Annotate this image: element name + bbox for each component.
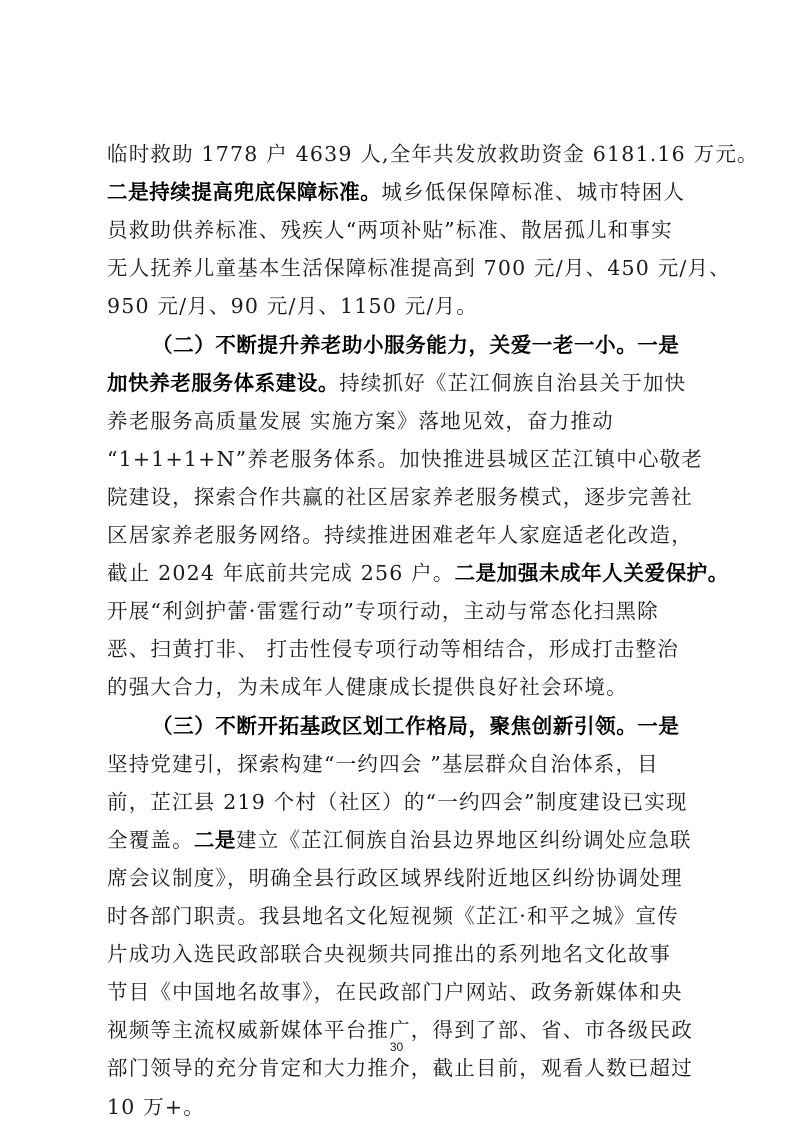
text-line: 前，芷江县 219 个村（社区）的“一约四会”制度建设已实现: [107, 790, 687, 814]
document-page: 临时救助 1778 户 4639 人,全年共发放救助资金 6181.16 万元。…: [0, 0, 793, 1122]
text-line: 坚持党建引，探索构建“一约四会 ”基层群众自治体系，目: [107, 752, 687, 776]
body-text-segment: 恶、扫黄打非、 打击性侵专项行动等相结合，形成打击整治: [107, 637, 679, 661]
body-text-segment: 无人抚养儿童基本生活保障标准提高到 700 元/月、450 元/月、: [107, 256, 731, 280]
body-text-segment: 区居家养老服务网络。持续推进困难老年人家庭适老化改造，: [107, 523, 693, 547]
body-text-segment: 节目《中国地名故事》，在民政部门户网站、政务新媒体和央: [107, 980, 683, 1004]
body-text-segment: 开展“利剑护蕾·雷霆行动”专项行动，主动与常态化扫黑除: [107, 599, 659, 623]
text-line: 恶、扫黄打非、 打击性侵专项行动等相结合，形成打击整治: [107, 637, 687, 661]
text-line: 部门领导的充分肯定和大力推介，截止目前，观看人数已超过: [107, 1056, 687, 1080]
page-number: 30: [0, 1040, 793, 1054]
text-line: （三）不断开拓基政区划工作格局，聚焦创新引领。一是: [152, 714, 732, 738]
text-line: “1+1+1+N”养老服务体系。加快推进县城区芷江镇中心敬老: [107, 447, 687, 471]
body-text-segment: 坚持党建引，探索构建“一约四会 ”基层群众自治体系，目: [107, 752, 659, 776]
text-line: 的强大合力，为未成年人健康成长提供良好社会环境。: [107, 675, 687, 699]
bold-heading-text: 二是: [194, 828, 236, 852]
bold-heading-text: （二）不断提升养老助小服务能力，关爱一老一小。一是: [152, 333, 680, 357]
text-line: 片成功入选民政部联合央视频共同推出的系列地名文化故事: [107, 942, 687, 966]
body-text-segment: 截止 2024 年底前共完成 256 户。: [107, 561, 455, 585]
text-line: 院建设，探索合作共赢的社区居家养老服务模式，逐步完善社: [107, 485, 687, 509]
body-text-segment: 片成功入选民政部联合央视频共同推出的系列地名文化故事: [107, 942, 671, 966]
body-text-segment: 全覆盖。: [107, 828, 194, 852]
body-text-segment: 员救助供养标准、残疾人“两项补贴”标准、散居孤儿和事实: [107, 218, 673, 242]
body-text-segment: 时各部门职责。我县地名文化短视频《芷江·和平之城》宣传: [107, 904, 679, 928]
text-line: 临时救助 1778 户 4639 人,全年共发放救助资金 6181.16 万元。: [107, 142, 687, 166]
text-line: 视频等主流权威新媒体平台推广，得到了部、省、市各级民政: [107, 1018, 687, 1042]
bold-heading-text: 二是加强未成年人关爱保护。: [455, 561, 729, 585]
text-line: 无人抚养儿童基本生活保障标准提高到 700 元/月、450 元/月、: [107, 256, 687, 280]
text-line: 席会议制度》，明确全县行政区域界线附近地区纠纷协调处理: [107, 866, 687, 890]
body-text-segment: 视频等主流权威新媒体平台推广，得到了部、省、市各级民政: [107, 1018, 693, 1042]
text-line: 时各部门职责。我县地名文化短视频《芷江·和平之城》宣传: [107, 904, 687, 928]
body-text-segment: 建立《芷江侗族自治县边界地区纠纷调处应急联: [236, 828, 692, 852]
body-text-segment: 院建设，探索合作共赢的社区居家养老服务模式，逐步完善社: [107, 485, 693, 509]
text-line: （二）不断提升养老助小服务能力，关爱一老一小。一是: [152, 333, 732, 357]
body-text-segment: 的强大合力，为未成年人健康成长提供良好社会环境。: [107, 675, 628, 699]
text-line: 开展“利剑护蕾·雷霆行动”专项行动，主动与常态化扫黑除: [107, 599, 687, 623]
text-line: 950 元/月、90 元/月、1150 元/月。: [107, 294, 687, 318]
bold-heading-text: 加快养老服务体系建设。: [107, 371, 339, 395]
text-line: 区居家养老服务网络。持续推进困难老年人家庭适老化改造，: [107, 523, 687, 547]
body-text-segment: 前，芷江县 219 个村（社区）的“一约四会”制度建设已实现: [107, 790, 688, 814]
body-text-segment: 席会议制度》，明确全县行政区域界线附近地区纠纷协调处理: [107, 866, 683, 890]
text-line: 养老服务高质量发展 实施方案》落地见效，奋力推动: [107, 409, 687, 433]
bold-heading-text: （三）不断开拓基政区划工作格局，聚焦创新引领。一是: [152, 714, 680, 738]
text-line: 节目《中国地名故事》，在民政部门户网站、政务新媒体和央: [107, 980, 687, 1004]
body-text-segment: 部门领导的充分肯定和大力推介，截止目前，观看人数已超过: [107, 1056, 693, 1080]
body-text-segment: “1+1+1+N”养老服务体系。加快推进县城区芷江镇中心敬老: [107, 447, 703, 471]
body-text-segment: 10 万+。: [107, 1095, 205, 1119]
text-line: 全覆盖。二是建立《芷江侗族自治县边界地区纠纷调处应急联: [107, 828, 687, 852]
body-text-segment: 城乡低保保障标准、城市特困人: [381, 180, 685, 204]
body-text-segment: 950 元/月、90 元/月、1150 元/月。: [107, 294, 478, 318]
text-line: 二是持续提高兜底保障标准。城乡低保保障标准、城市特困人: [107, 180, 687, 204]
body-text-segment: 养老服务高质量发展 实施方案》落地见效，奋力推动: [107, 409, 614, 433]
text-line: 员救助供养标准、残疾人“两项补贴”标准、散居孤儿和事实: [107, 218, 687, 242]
text-line: 截止 2024 年底前共完成 256 户。二是加强未成年人关爱保护。: [107, 561, 687, 585]
body-text-segment: 临时救助 1778 户 4639 人,全年共发放救助资金 6181.16 万元。: [107, 142, 759, 166]
bold-heading-text: 二是持续提高兜底保障标准。: [107, 180, 381, 204]
text-line: 加快养老服务体系建设。持续抓好《芷江侗族自治县关于加快: [107, 371, 687, 395]
text-line: 10 万+。: [107, 1095, 687, 1119]
body-text-segment: 持续抓好《芷江侗族自治县关于加快: [339, 371, 686, 395]
